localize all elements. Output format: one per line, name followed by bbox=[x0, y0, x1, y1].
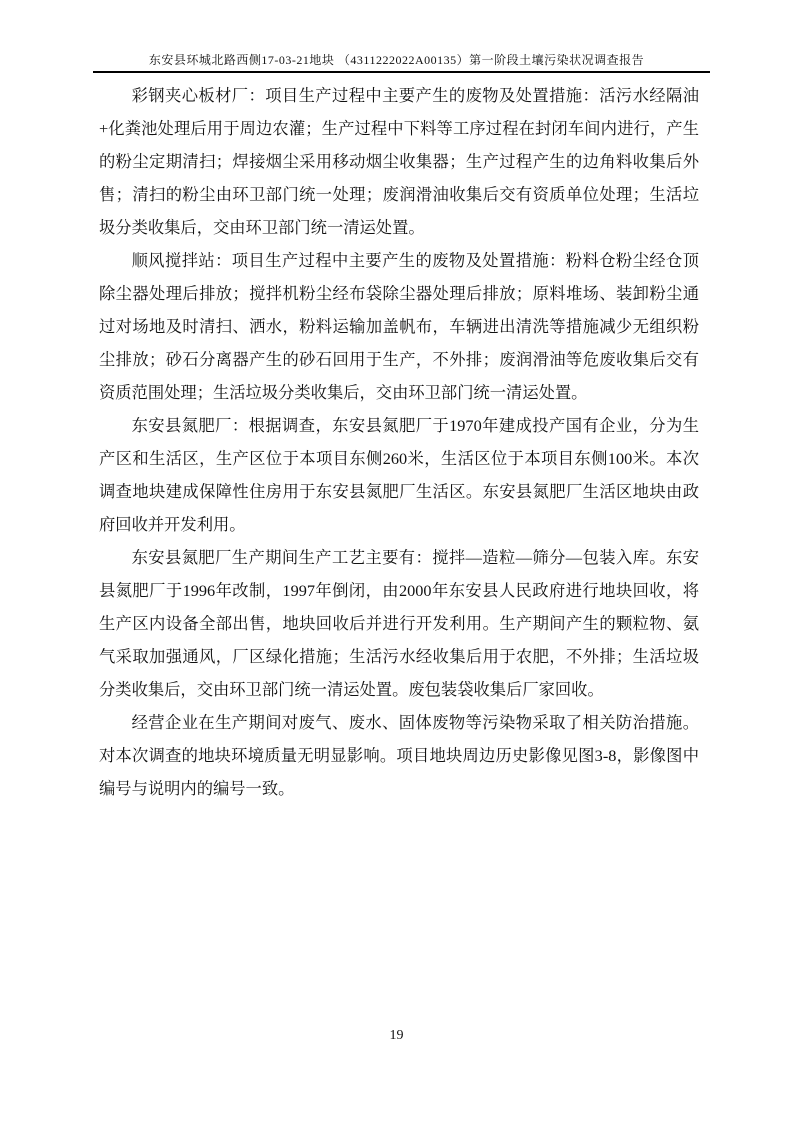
document-body: 彩钢夹心板材厂：项目生产过程中主要产生的废物及处置措施：活污水经隔油+化粪池处理… bbox=[99, 79, 699, 805]
page-number: 19 bbox=[0, 1028, 793, 1044]
body-paragraph: 经营企业在生产期间对废气、废水、固体废物等污染物采取了相关防治措施。对本次调查的… bbox=[99, 706, 699, 805]
body-paragraph: 东安县氮肥厂：根据调查，东安县氮肥厂于1970年建成投产国有企业，分为生产区和生… bbox=[99, 409, 699, 541]
page-header-title: 东安县环城北路西侧17-03-21地块 （4311222022A00135）第一… bbox=[0, 51, 793, 68]
header-divider-rule bbox=[93, 71, 710, 73]
body-paragraph: 彩钢夹心板材厂：项目生产过程中主要产生的废物及处置措施：活污水经隔油+化粪池处理… bbox=[99, 79, 699, 244]
document-page: 东安县环城北路西侧17-03-21地块 （4311222022A00135）第一… bbox=[0, 0, 793, 1122]
body-paragraph: 顺风搅拌站：项目生产过程中主要产生的废物及处置措施：粉料仓粉尘经仓顶除尘器处理后… bbox=[99, 244, 699, 409]
body-paragraph: 东安县氮肥厂生产期间生产工艺主要有：搅拌—造粒—筛分—包装入库。东安县氮肥厂于1… bbox=[99, 541, 699, 706]
